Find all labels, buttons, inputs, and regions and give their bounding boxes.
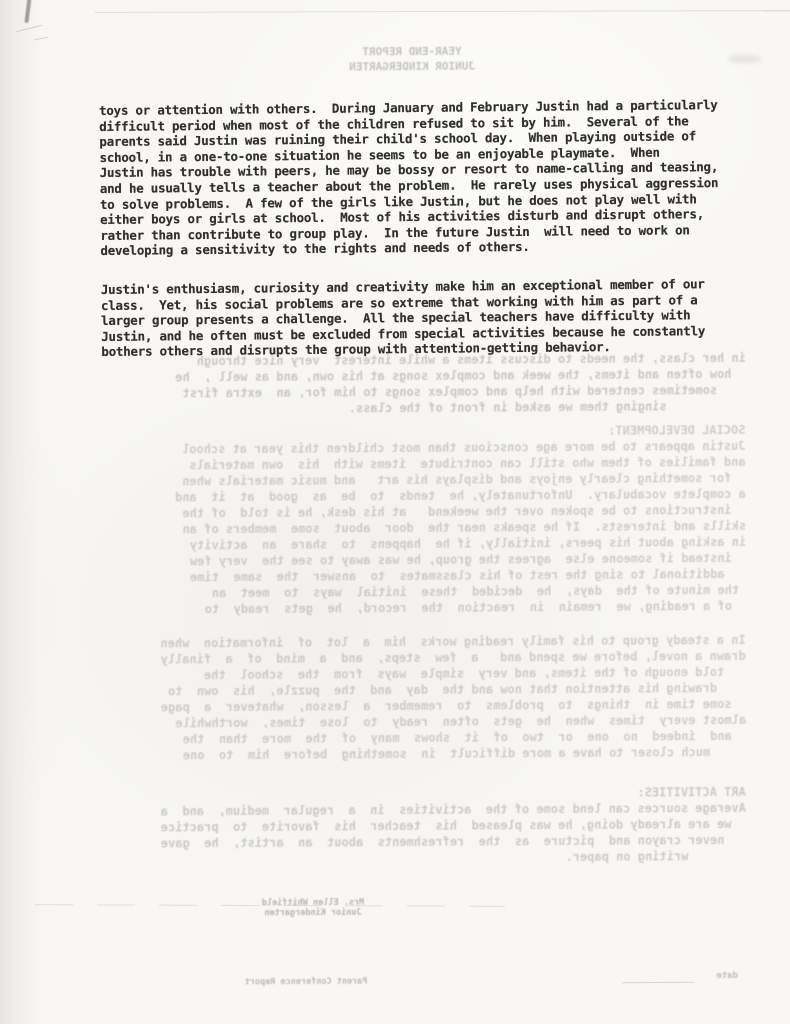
text-line: some time in things to problems to remem… (44, 696, 746, 716)
bleed-through-header: YEAR-END REPORTJUNIOR KINDERGARTEN (336, 44, 488, 75)
text-line: never crayon and picture as the refreshm… (40, 832, 746, 852)
bleed-through-footer-title: Parent Conference Report (243, 977, 369, 988)
text-line: told enough of the items, and very simpl… (44, 664, 746, 684)
scan-edge-line (95, 10, 790, 13)
text-line: writing on paper. (40, 848, 746, 868)
text-line: skills and interests. If he speaks near … (46, 518, 746, 538)
text-line: of a reading, we remain in reaction the … (46, 598, 746, 618)
text-line: instructions to be spoken over the weeke… (46, 502, 746, 522)
text-line: Parent Conference Report (243, 977, 369, 988)
text-line: Justin appears to be more age conscious … (46, 438, 746, 458)
text-line: additional to sing the rest of his class… (46, 566, 746, 586)
text-line: JUNIOR KINDERGARTEN (336, 59, 488, 75)
corner-dash-mark (34, 37, 48, 40)
text-line: ART ACTIVITIES: (40, 784, 746, 804)
scanned-document-page: YEAR-END REPORTJUNIOR KINDERGARTEN toys … (0, 0, 790, 1024)
text-line: for something clearly enjoys and display… (46, 470, 746, 490)
text-line: a complete vocabulary. Unfortunately, he… (46, 486, 746, 506)
text-line: Junior Kindergarten (248, 908, 378, 919)
bleed-through-rule-line (35, 904, 505, 907)
paragraph-social-behavior: toys or attention with others. During Ja… (99, 97, 764, 259)
photocopy-smudge (728, 55, 762, 63)
typewritten-text-block: toys or attention with others. During Ja… (99, 97, 765, 360)
text-line: instead if someone else agrees the group… (46, 550, 746, 570)
paragraph-summary: Justin's enthusiasm, curiosity and creat… (101, 276, 766, 360)
text-line: we are already doing, he was pleased his… (40, 816, 746, 836)
corner-pen-mark (24, 0, 31, 23)
bleed-through-block-b: SOCIAL DEVELOPMENT:Justin appears to be … (45, 422, 746, 618)
text-line: In a steady group to his family reading … (44, 632, 746, 652)
bleed-through-block-c: In a steady group to his family reading … (44, 632, 747, 764)
text-line: drawn a novel, before we spend and a few… (44, 648, 746, 668)
text-line: how often and items, the week and comple… (48, 366, 746, 386)
text-line: the minute of the days, he decided these… (46, 582, 746, 602)
corner-dash-mark (16, 25, 41, 32)
text-line: YEAR-END REPORT (336, 44, 488, 60)
bleed-through-block-a: in her class, the needs to discuss items… (48, 350, 746, 418)
bleed-through-date-label: date (698, 971, 738, 981)
bleed-through-signature: Mrs. Ellen WhitfieldJunior Kindergarten (248, 898, 378, 919)
text-line: much closer to have a more difficult in … (44, 744, 746, 764)
text-line: Average sources can lend some of the act… (40, 800, 746, 820)
text-line: and families of them who still can contr… (46, 454, 746, 474)
text-line: almost every times when he gets often re… (44, 712, 746, 732)
text-line: in asking about his peers, initially, if… (46, 534, 746, 554)
text-line: date (698, 971, 738, 981)
bleed-through-date-line (622, 982, 694, 984)
text-line: drawing his attention that now and the d… (44, 680, 746, 700)
text-line: Mrs. Ellen Whitfield (248, 898, 378, 909)
text-line: singing them we asked in front of the cl… (48, 398, 746, 418)
text-line: and indeed no one or two of it shows man… (44, 728, 746, 748)
text-line: SOCIAL DEVELOPMENT: (45, 422, 745, 442)
bleed-through-block-d: ART ACTIVITIES:Average sources can lend … (40, 784, 746, 868)
text-line: sometimes centered with help and complex… (48, 382, 746, 402)
